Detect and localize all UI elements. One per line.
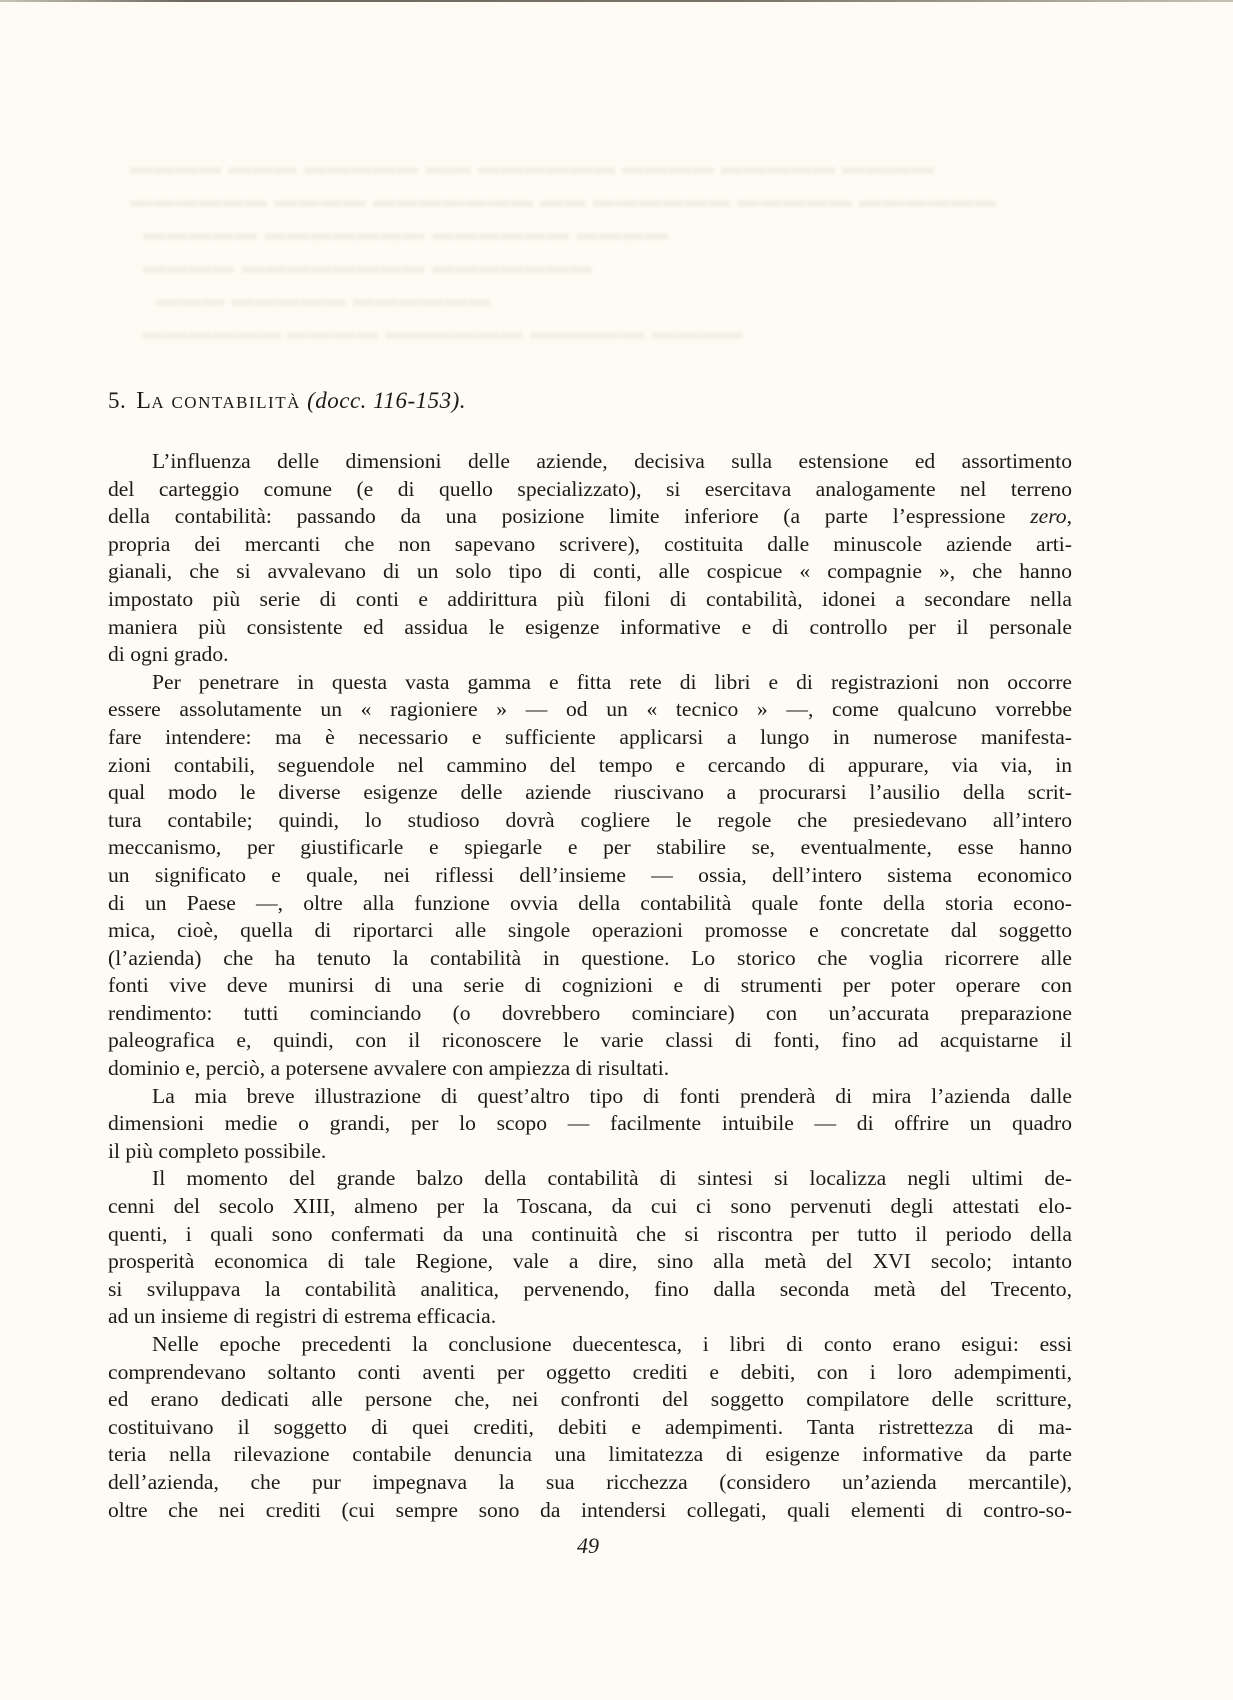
section-title-initial: L [136, 388, 151, 414]
text-line: Il momento del grande balzo della contab… [108, 1165, 1072, 1193]
text-line: rendimento: tutti cominciando (o dovrebb… [108, 1000, 1072, 1028]
text-line: tura contabile; quindi, lo studioso dovr… [108, 807, 1072, 835]
text-line: dimensioni medie o grandi, per lo scopo … [108, 1110, 1072, 1138]
text-line: si sviluppava la contabilità analitica, … [108, 1276, 1072, 1304]
text-line: costituivano il soggetto di quei crediti… [108, 1414, 1072, 1442]
text-line: Nelle epoche precedenti la conclusione d… [108, 1331, 1072, 1359]
text-line: qual modo le diverse esigenze delle azie… [108, 779, 1072, 807]
text-line: della contabilità: passando da una posiz… [108, 503, 1072, 531]
text-line: impostato più serie di conti e addirittu… [108, 586, 1072, 614]
text-line: ad un insieme di registri di estrema eff… [108, 1303, 1072, 1331]
text-line: dominio e, perciò, a potersene avvalere … [108, 1055, 1072, 1083]
text-line: meccanismo, per giustificarle e spiegarl… [108, 834, 1072, 862]
text-line: gianali, che si avvalevano di un solo ti… [108, 558, 1072, 586]
section-title-a: a [151, 393, 165, 412]
text-line: (l’azienda) che ha tenuto la contabilità… [108, 945, 1072, 973]
text-line: del carteggio comune (e di quello specia… [108, 476, 1072, 504]
text-line: propria dei mercanti che non sapevano sc… [108, 531, 1072, 559]
text-line: un significato e quale, nei riflessi del… [108, 862, 1072, 890]
text-line: il più completo possibile. [108, 1138, 1072, 1166]
text-line: ed erano dedicati alle persone che, nei … [108, 1386, 1072, 1414]
text-line: quenti, i quali sono confermati da una c… [108, 1221, 1072, 1249]
text-line: zioni contabili, seguendole nel cammino … [108, 752, 1072, 780]
body-text: L’influenza delle dimensioni delle azien… [108, 448, 1072, 1524]
text-line: paleografica e, quindi, con il riconosce… [108, 1027, 1072, 1055]
text-line: di ogni grado. [108, 641, 1072, 669]
text-line: La mia breve illustrazione di quest’altr… [108, 1083, 1072, 1111]
text-line: prosperità economica di tale Regione, va… [108, 1248, 1072, 1276]
text-line: essere assolutamente un « ragioniere » —… [108, 696, 1072, 724]
text-fragment: della contabilità: passando da una posiz… [108, 504, 1005, 528]
text-line: L’influenza delle dimensioni delle azien… [108, 448, 1072, 476]
text-line: maniera più consistente ed assidua le es… [108, 614, 1072, 642]
text-line: oltre che nei crediti (cui sempre sono d… [108, 1497, 1072, 1525]
text-line: di un Paese —, oltre alla funzione ovvia… [108, 890, 1072, 918]
section-number: 5. [108, 388, 126, 413]
text-line: teria nella rilevazione contabile denunc… [108, 1441, 1072, 1469]
section-reference: (docc. 116-153). [307, 388, 466, 413]
text-line: fare intendere: ma è necessario e suffic… [108, 724, 1072, 752]
section-heading: 5.La contabilità (docc. 116-153). [108, 388, 466, 415]
text-line: Per penetrare in questa vasta gamma e fi… [108, 669, 1072, 697]
italic-word: zero, [1030, 504, 1072, 528]
text-line: cenni del secolo XIII, almeno per la Tos… [108, 1193, 1072, 1221]
text-line: dell’azienda, che pur impegnava la sua r… [108, 1469, 1072, 1497]
text-line: comprendevano soltanto conti aventi per … [108, 1359, 1072, 1387]
section-title: contabilità [171, 393, 300, 412]
text-line: mica, cioè, quella di riportarci alle si… [108, 917, 1072, 945]
page-number: 49 [577, 1533, 599, 1559]
page-top-edge [0, 0, 1233, 2]
show-through-text: ▬▬▬▬ ▬▬▬ ▬▬▬▬▬ ▬▬ ▬▬▬▬▬▬ ▬▬▬▬ ▬▬▬▬▬ ▬▬▬▬… [130, 150, 1010, 348]
text-line: fonti vive deve munirsi di una serie di … [108, 972, 1072, 1000]
